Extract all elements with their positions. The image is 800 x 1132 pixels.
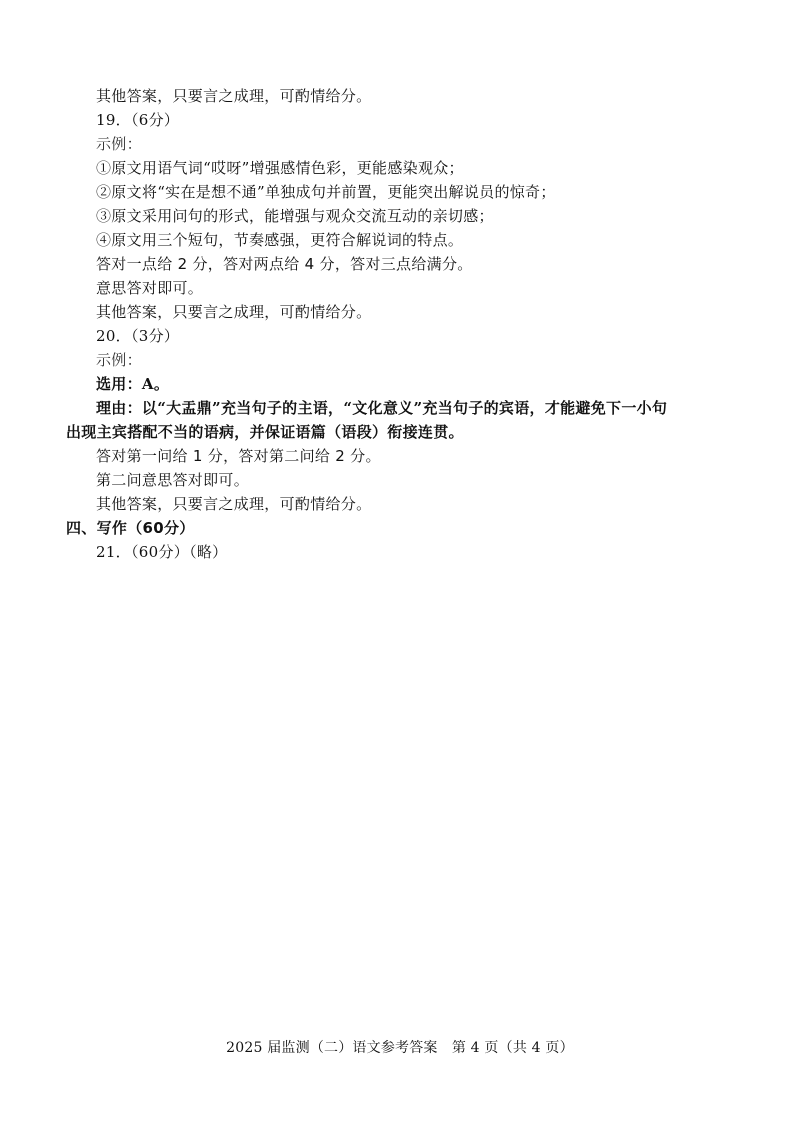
answer-point-1: ①原文用语气词“哎呀”增强感情色彩，更能感染观众； — [96, 158, 464, 178]
document-page: 其他答案，只要言之成理，可酌情给分。 19．（6分） 示例： ①原文用语气词“哎… — [0, 0, 800, 1132]
answer-reason-cont: 出现主宾搭配不当的语病，并保证语篇（语段）衔接连贯。 — [66, 422, 464, 442]
example-label: 示例： — [96, 134, 142, 154]
page-footer: 2025 届监测（二）语文参考答案 第 4 页（共 4 页） — [0, 1038, 800, 1058]
question-21-heading: 21．（60分）（略） — [96, 542, 227, 562]
answer-reason: 理由：以“大盂鼎”充当句子的主语，“文化意义”充当句子的宾语，才能避免下一小句 — [96, 398, 667, 418]
scoring-note: 其他答案，只要言之成理，可酌情给分。 — [96, 302, 371, 322]
scoring-rule: 答对第一问给 1 分，答对第二问给 2 分。 — [96, 446, 381, 466]
section-heading-writing: 四、写作（60分） — [66, 518, 195, 538]
answer-point-2: ②原文将“实在是想不通”单独成句并前置，更能突出解说员的惊奇； — [96, 182, 556, 202]
scoring-rule: 答对一点给 2 分，答对两点给 4 分，答对三点给满分。 — [96, 254, 473, 274]
question-19-heading: 19．（6分） — [96, 110, 179, 130]
answer-point-4: ④原文用三个短句，节奏感强，更符合解说词的特点。 — [96, 230, 463, 250]
question-20-heading: 20．（3分） — [96, 326, 179, 346]
scoring-note: 其他答案，只要言之成理，可酌情给分。 — [96, 86, 371, 106]
scoring-note: 意思答对即可。 — [96, 278, 203, 298]
answer-point-3: ③原文采用问句的形式，能增强与观众交流互动的亲切感； — [96, 206, 494, 226]
example-label: 示例： — [96, 350, 142, 370]
answer-choice: 选用：A。 — [96, 374, 169, 394]
scoring-note: 其他答案，只要言之成理，可酌情给分。 — [96, 494, 371, 514]
scoring-note: 第二问意思答对即可。 — [96, 470, 249, 490]
